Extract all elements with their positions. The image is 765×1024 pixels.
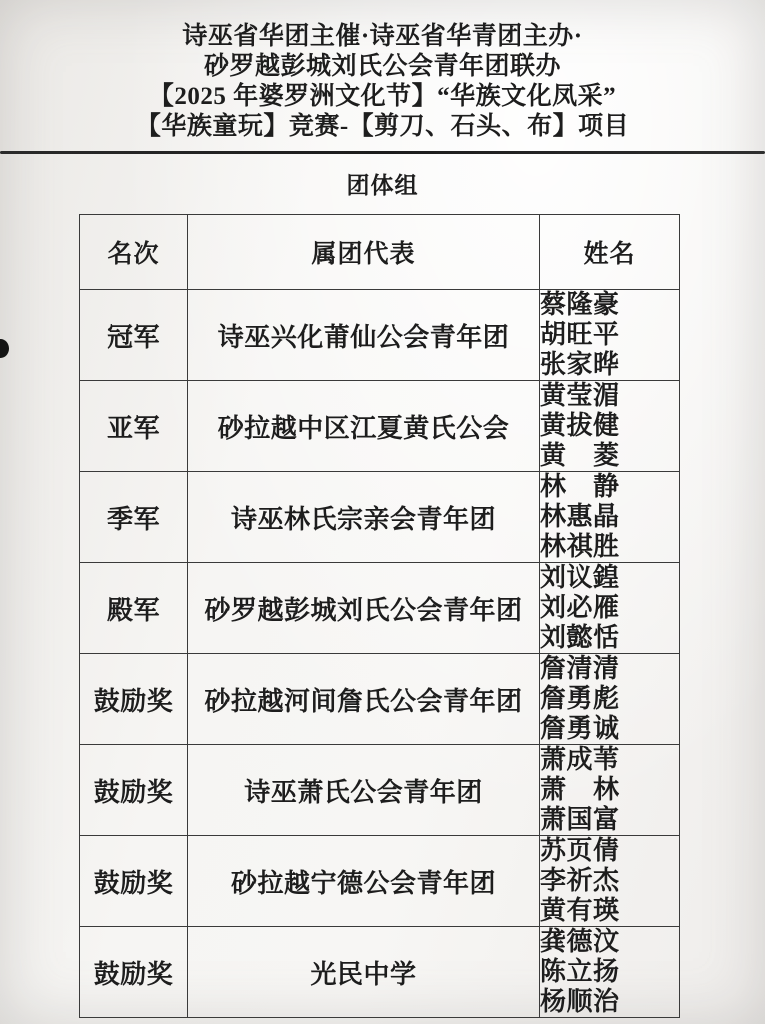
document-header: 诗巫省华团主催·诗巫省华青团主办· 砂罗越彭城刘氏公会青年团联办 【2025 年… (0, 22, 765, 142)
header-rank: 名次 (80, 215, 188, 290)
names-cell: 刘议鍠 刘必雁 刘懿恬 (540, 563, 680, 654)
team-cell: 砂罗越彭城刘氏公会青年团 (188, 563, 540, 654)
scan-artifact-dot (0, 339, 9, 358)
table-row: 季军 诗巫林氏宗亲会青年团 林 静 林惠晶 林祺胜 (80, 472, 680, 563)
names-cell: 黄莹湄 黄拔健 黄 菱 (540, 381, 680, 472)
name-line: 蔡隆豪 (540, 290, 679, 320)
team-cell: 诗巫萧氏公会青年团 (188, 745, 540, 836)
rank-cell: 冠军 (80, 290, 188, 381)
rank-cell: 鼓励奖 (80, 654, 188, 745)
section-title: 团体组 (0, 167, 765, 200)
name-line: 林 静 (540, 472, 679, 502)
table-row: 鼓励奖 砂拉越河间詹氏公会青年团 詹清清 詹勇彪 詹勇诚 (80, 654, 680, 745)
name-line: 萧国富 (540, 805, 679, 835)
name-line: 刘懿恬 (540, 623, 679, 653)
names-cell: 龚德汶 陈立扬 杨顺治 (540, 927, 680, 1018)
rank-cell: 季军 (80, 472, 188, 563)
name-line: 詹勇诚 (540, 714, 679, 744)
results-table: 名次 属团代表 姓名 冠军 诗巫兴化莆仙公会青年团 蔡隆豪 胡旺平 张家晔 亚军… (79, 214, 680, 1018)
team-cell: 砂拉越河间詹氏公会青年团 (188, 654, 540, 745)
rank-cell: 殿军 (80, 563, 188, 654)
table-row: 冠军 诗巫兴化莆仙公会青年团 蔡隆豪 胡旺平 张家晔 (80, 290, 680, 381)
name-line: 黄拔健 (540, 411, 679, 441)
name-line: 林惠晶 (540, 502, 679, 532)
table-row: 鼓励奖 光民中学 龚德汶 陈立扬 杨顺治 (80, 927, 680, 1018)
table-row: 亚军 砂拉越中区江夏黄氏公会 黄莹湄 黄拔健 黄 菱 (80, 381, 680, 472)
name-line: 张家晔 (540, 350, 679, 380)
name-line: 詹勇彪 (540, 684, 679, 714)
name-line: 林祺胜 (540, 532, 679, 562)
title-line-1: 诗巫省华团主催·诗巫省华青团主办· (0, 22, 765, 52)
names-cell: 蔡隆豪 胡旺平 张家晔 (540, 290, 680, 381)
team-cell: 光民中学 (188, 927, 540, 1018)
document-page: 诗巫省华团主催·诗巫省华青团主办· 砂罗越彭城刘氏公会青年团联办 【2025 年… (0, 0, 765, 1024)
rank-cell: 鼓励奖 (80, 927, 188, 1018)
name-line: 詹清清 (540, 654, 679, 684)
team-cell: 砂拉越中区江夏黄氏公会 (188, 381, 540, 472)
name-line: 苏页倩 (540, 836, 679, 866)
team-cell: 诗巫兴化莆仙公会青年团 (188, 290, 540, 381)
header-team: 属团代表 (188, 215, 540, 290)
names-cell: 苏页倩 李祈杰 黄有瑛 (540, 836, 680, 927)
name-line: 陈立扬 (540, 957, 679, 987)
team-cell: 砂拉越宁德公会青年团 (188, 836, 540, 927)
name-line: 萧成苇 (540, 745, 679, 775)
rank-cell: 鼓励奖 (80, 836, 188, 927)
names-cell: 萧成苇 萧 林 萧国富 (540, 745, 680, 836)
names-cell: 詹清清 詹勇彪 詹勇诚 (540, 654, 680, 745)
title-line-4: 【华族童玩】竞赛-【剪刀、石头、布】项目 (0, 112, 765, 142)
name-line: 黄 菱 (540, 441, 679, 471)
title-line-2: 砂罗越彭城刘氏公会青年团联办 (0, 52, 765, 82)
names-cell: 林 静 林惠晶 林祺胜 (540, 472, 680, 563)
name-line: 黄莹湄 (540, 381, 679, 411)
name-line: 胡旺平 (540, 320, 679, 350)
rank-cell: 鼓励奖 (80, 745, 188, 836)
header-names: 姓名 (540, 215, 680, 290)
name-line: 杨顺治 (540, 987, 679, 1017)
divider-line (0, 151, 765, 154)
name-line: 刘必雁 (540, 593, 679, 623)
title-line-3: 【2025 年婆罗洲文化节】“华族文化凤采” (0, 82, 765, 112)
table-row: 鼓励奖 砂拉越宁德公会青年团 苏页倩 李祈杰 黄有瑛 (80, 836, 680, 927)
rank-cell: 亚军 (80, 381, 188, 472)
name-line: 龚德汶 (540, 927, 679, 957)
name-line: 刘议鍠 (540, 563, 679, 593)
table-row: 殿军 砂罗越彭城刘氏公会青年团 刘议鍠 刘必雁 刘懿恬 (80, 563, 680, 654)
table-row: 鼓励奖 诗巫萧氏公会青年团 萧成苇 萧 林 萧国富 (80, 745, 680, 836)
name-line: 萧 林 (540, 775, 679, 805)
name-line: 黄有瑛 (540, 896, 679, 926)
name-line: 李祈杰 (540, 866, 679, 896)
table-header-row: 名次 属团代表 姓名 (80, 215, 680, 290)
team-cell: 诗巫林氏宗亲会青年团 (188, 472, 540, 563)
